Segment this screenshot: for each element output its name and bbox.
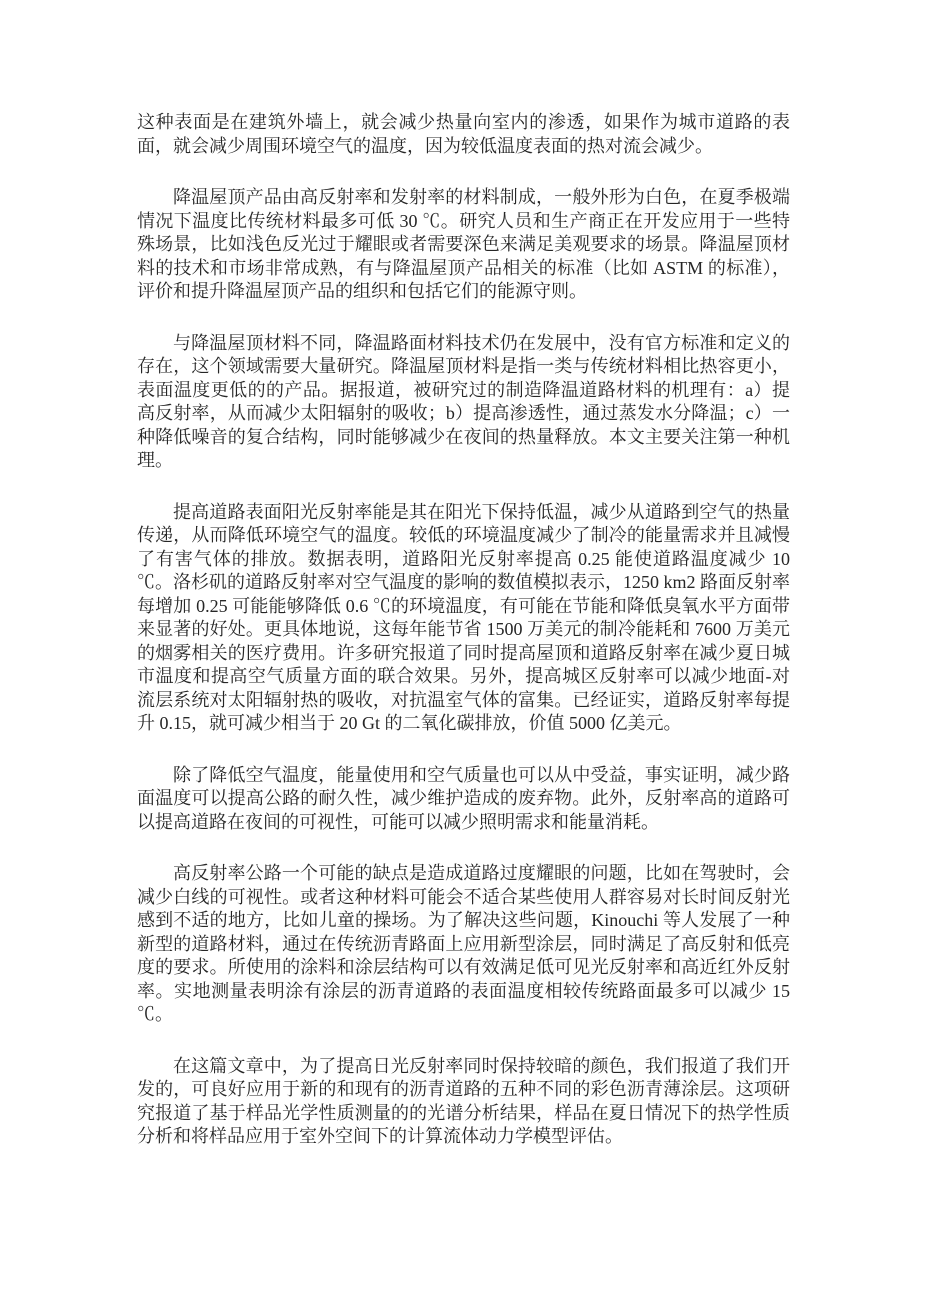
document-body: 这种表面是在建筑外墙上，就会减少热量向室内的渗透，如果作为城市道路的表面，就会减… (137, 111, 790, 1177)
paragraph: 这种表面是在建筑外墙上，就会减少热量向室内的渗透，如果作为城市道路的表面，就会减… (137, 111, 790, 158)
paragraph: 降温屋顶产品由高反射率和发射率的材料制成，一般外形为白色，在夏季极端情况下温度比… (137, 186, 790, 304)
paragraph: 除了降低空气温度，能量使用和空气质量也可以从中受益，事实证明，减少路面温度可以提… (137, 764, 790, 835)
document-page: 这种表面是在建筑外墙上，就会减少热量向室内的渗透，如果作为城市道路的表面，就会减… (0, 0, 926, 1309)
paragraph: 与降温屋顶材料不同，降温路面材料技术仍在发展中，没有官方标准和定义的存在，这个领… (137, 332, 790, 473)
paragraph: 在这篇文章中，为了提高日光反射率同时保持较暗的颜色，我们报道了我们开发的，可良好… (137, 1055, 790, 1149)
paragraph: 提高道路表面阳光反射率能是其在阳光下保持低温，减少从道路到空气的热量传递，从而降… (137, 501, 790, 736)
paragraph: 高反射率公路一个可能的缺点是造成道路过度耀眼的问题，比如在驾驶时，会减少白线的可… (137, 862, 790, 1027)
